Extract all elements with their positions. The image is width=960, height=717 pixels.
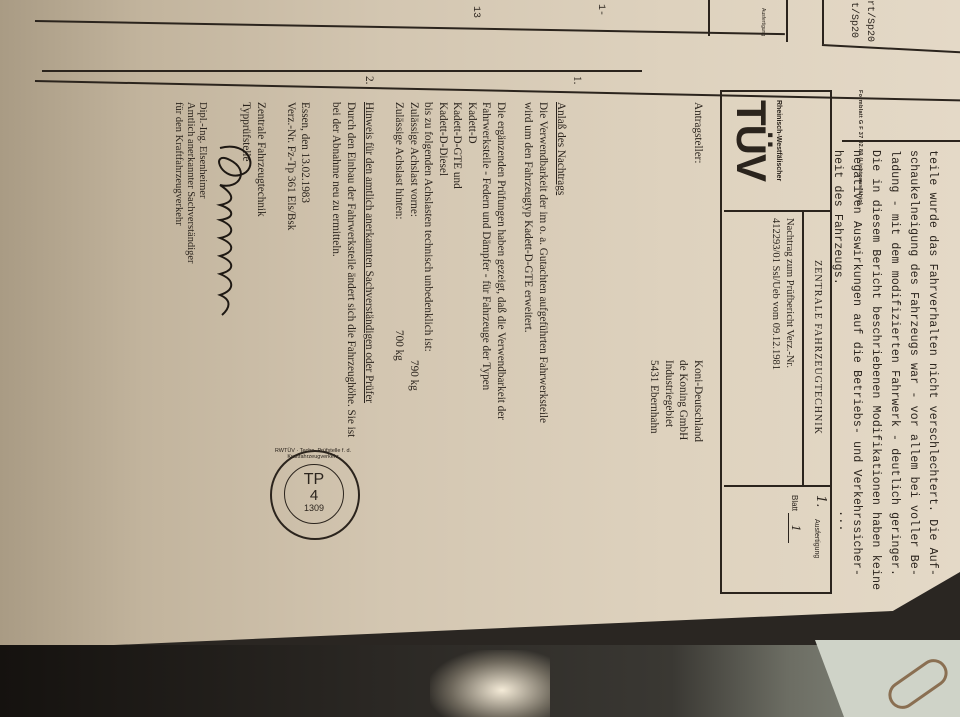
neighbour-box-edge-3 — [822, 0, 824, 44]
official-stamp: RWTÜV · Techn. Prüfstelle f. d. Kraftfah… — [270, 450, 360, 540]
rotated-document: teile wurde das Fahrverhalten nicht vers… — [60, 70, 960, 630]
section2-title: Hinweis für den amtlich anerkannten Sach… — [362, 102, 377, 403]
neighbour-box-edge — [708, 0, 710, 36]
neighbour-box-edge-2 — [786, 0, 788, 42]
logo-subtitle: Rheinisch-Westfälischer — [775, 100, 782, 181]
fragment-1: 1- — [595, 4, 606, 16]
section2-paragraph: Durch den Einbau der Fahrwerksteile ände… — [329, 102, 358, 437]
department-title: ZENTRALE FAHRZEUGTECHNIK — [802, 210, 830, 485]
header-box: Rheinisch-Westfälischer TÜV ZENTRALE FAH… — [720, 90, 832, 594]
header-copy-info: 1. Ausfertigung Blatt 1 — [724, 485, 830, 590]
stamp-center: TP 4 1309 — [284, 464, 344, 524]
fragment-sp20-2: t/Sp20 — [848, 2, 859, 38]
axle-load-rear-label: Zulässige Achslast hinten: — [392, 102, 407, 219]
header-subject: ZENTRALE FAHRZEUGTECHNIK Nachtrag zum Pr… — [724, 210, 830, 487]
stamp-ring-text: RWTÜV · Techn. Prüfstelle f. d. Kraftfah… — [268, 448, 358, 460]
continuation-dots: ... — [836, 510, 850, 532]
fragment-sp20-1: rt/Sp20 — [862, 0, 876, 42]
axle-load-front-label: Zulässige Achslast vorne: — [407, 102, 422, 217]
place-date: Essen, den 13.02.1983 — [298, 102, 313, 203]
copy-number: 1. — [813, 495, 828, 507]
fragment-ausfertigung: Ausfertigung — [760, 8, 766, 36]
sheet-number: Blatt 1 — [788, 495, 802, 543]
signature — [200, 140, 260, 330]
applicant-address: Koni-Deutschland de Koning GmbH Industri… — [647, 360, 705, 442]
signatory-block: Dipl.-Ing. Elsenheimer Amtlich anerkannt… — [172, 102, 208, 264]
light-glare — [430, 650, 550, 717]
section1-paragraph1: Die Verwendbarkeit der im o. a. Gutachte… — [521, 102, 550, 423]
reference-number: Verz.-Nr. Fz-Tp 361 Els/Bsk — [284, 102, 299, 230]
copy-label: Ausfertigung — [813, 519, 820, 558]
section1-paragraph2: Die ergänzenden Prüfungen haben gezeigt,… — [421, 102, 508, 420]
fragment-13: 13 — [470, 6, 481, 18]
applicant-label: Antragsteller: — [691, 102, 706, 164]
form-number: Formblatt G F 37 02.80 (Lichtpausfähig) — [857, 90, 863, 205]
section2-number: 2. — [362, 76, 377, 84]
logo-text: TÜV — [730, 100, 772, 181]
tuv-logo: Rheinisch-Westfälischer TÜV — [724, 92, 830, 212]
body-left-rule — [42, 70, 642, 72]
axle-load-front-value: 790 kg — [407, 360, 422, 391]
section1-number: 1. — [570, 76, 585, 84]
section1-title: Anlaß des Nachtrags — [554, 102, 569, 195]
axle-load-rear-value: 700 kg — [392, 330, 407, 361]
subject-text: Nachtrag zum Prüfbericht Verz.-Nr. 41229… — [768, 218, 796, 370]
